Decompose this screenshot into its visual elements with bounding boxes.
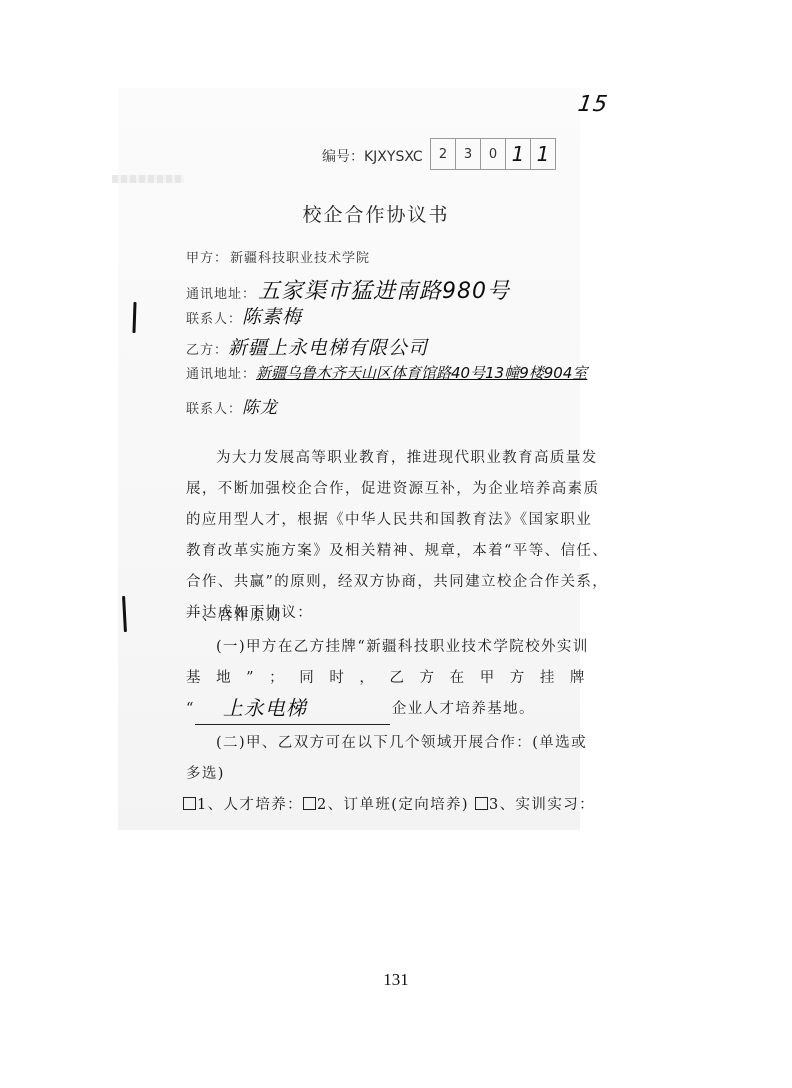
party-a-address-label: 通讯地址：	[186, 287, 256, 302]
clause-1-line: “上永电梯企业人才培养基地。	[186, 694, 596, 725]
party-a-contact-row: 联系人：陈素梅	[186, 302, 302, 329]
handwritten-page-mark: 15	[576, 92, 610, 117]
preamble-line: 的应用型人才，根据《中华人民共和国教育法》《国家职业	[186, 505, 596, 536]
serial-digit-boxes: 2 3 0 1 1	[430, 138, 556, 170]
document-title: 校企合作协议书	[0, 200, 792, 227]
open-quote: “	[186, 701, 195, 717]
preamble-line: 为大力发展高等职业教育，推进现代职业教育高质量发	[186, 443, 596, 474]
preamble-line: 教育改革实施方案》及相关精神、规章，本着“平等、信任、	[186, 536, 596, 567]
serial-prefix: KJXYSXC	[364, 149, 423, 165]
preamble-line: 合作、共赢”的原则，经双方协商，共同建立校企合作关系，	[186, 567, 596, 598]
serial-digit-box: 2	[430, 138, 456, 170]
page-number: 131	[0, 970, 792, 990]
party-b-contact-label: 联系人：	[186, 402, 242, 417]
party-b-name: 新疆上永电梯有限公司	[228, 337, 428, 359]
clause-2-line: (二)甲、乙双方可在以下几个领域开展合作：(单选或	[186, 728, 596, 759]
party-b-contact-value: 陈龙	[242, 398, 278, 418]
clause-2: (二)甲、乙双方可在以下几个领域开展合作：(单选或 多选)	[186, 728, 596, 790]
party-b-address-label: 通讯地址：	[186, 367, 256, 382]
serial-digit-box: 0	[481, 138, 506, 170]
party-b-address-row: 通讯地址：新疆乌鲁木齐天山区体育馆路40号13幢9楼904室	[186, 362, 587, 383]
party-a-row: 甲方：新疆科技职业技术学院	[186, 247, 370, 266]
party-a-label: 甲方：	[186, 251, 228, 266]
checkbox-icon[interactable]	[303, 797, 316, 810]
fill-in-blank: 上永电梯	[195, 704, 390, 725]
option-item: 2、订单班(定向培养)	[303, 797, 469, 813]
scan-artifact	[112, 175, 184, 183]
option-item: 3、实训实习：	[475, 797, 595, 813]
clause-1-tail: 企业人才培养基地。	[392, 701, 535, 717]
party-a-contact-label: 联系人：	[186, 312, 242, 327]
serial-digit-box: 3	[456, 138, 481, 170]
checkbox-icon[interactable]	[183, 797, 196, 810]
party-a-name: 新疆科技职业技术学院	[230, 251, 370, 266]
party-b-label: 乙方：	[186, 343, 228, 358]
clause-1: (一)甲方在乙方挂牌“新疆科技职业技术学院校外实训 基 地 ” ； 同 时 ， …	[186, 632, 596, 725]
serial-digit-box-handwritten: 1	[506, 138, 531, 170]
serial-number-label: 编号：KJXYSXC	[322, 146, 423, 166]
party-a-contact-value: 陈素梅	[242, 306, 302, 328]
serial-label: 编号：	[322, 149, 364, 165]
party-a-address-value: 五家渠市猛进南路980号	[258, 279, 510, 304]
party-b-address-value: 新疆乌鲁木齐天山区体育馆路40号13幢9楼904室	[256, 364, 587, 382]
serial-digit-box-handwritten: 1	[531, 138, 556, 170]
fill-in-blank-value: 上永电梯	[223, 693, 307, 724]
checkbox-icon[interactable]	[475, 797, 488, 810]
section-heading: 一、合作原则	[186, 601, 596, 632]
option-item: 1、人才培养：	[183, 797, 303, 813]
clause-2-line: 多选)	[186, 759, 596, 790]
party-a-address-row: 通讯地址：五家渠市猛进南路980号	[186, 274, 510, 305]
party-b-row: 乙方：新疆上永电梯有限公司	[186, 333, 428, 360]
clause-1-line-justified: 基 地 ” ； 同 时 ， 乙 方 在 甲 方 挂 牌	[186, 663, 586, 694]
clause-1-line: (一)甲方在乙方挂牌“新疆科技职业技术学院校外实训	[186, 632, 596, 663]
preamble-line: 展，不断加强校企合作，促进资源互补，为企业培养高素质	[186, 474, 596, 505]
party-b-contact-row: 联系人：陈龙	[186, 393, 278, 418]
cooperation-options: 1、人才培养：2、订单班(定向培养) 3、实训实习：	[183, 793, 595, 814]
